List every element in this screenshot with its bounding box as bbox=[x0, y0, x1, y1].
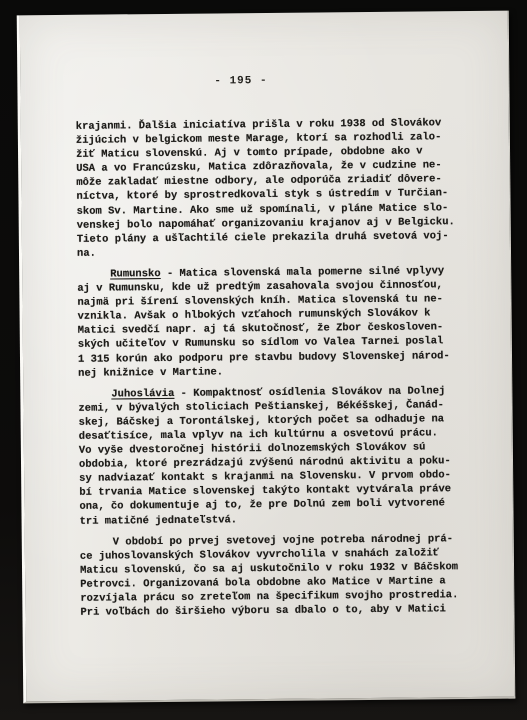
text-line: Pri voľbách do širšieho výboru sa dbalo … bbox=[80, 602, 482, 620]
paragraph: krajanmi. Ďalšia iniciatíva prišla v rok… bbox=[76, 116, 479, 261]
document-text: krajanmi. Ďalšia iniciatíva prišla v rok… bbox=[76, 116, 483, 620]
text-line: nej knižnice v Martine. bbox=[78, 363, 480, 381]
underlined-heading: Rumunsko bbox=[110, 268, 161, 280]
scanner-background: - 195 - krajanmi. Ďalšia iniciatíva priš… bbox=[0, 0, 527, 720]
page-number: - 195 - bbox=[214, 75, 267, 88]
paragraph: Rumunsko - Matica slovenská mala pomerne… bbox=[77, 264, 480, 381]
underlined-heading: Juhoslávia bbox=[111, 388, 174, 401]
paragraph: V období po prvej svetovej vojne potreba… bbox=[80, 532, 483, 620]
document-page: - 195 - krajanmi. Ďalšia iniciatíva priš… bbox=[17, 11, 516, 704]
paragraph: Juhoslávia - Kompaktnosť osídlenia Slová… bbox=[78, 384, 481, 529]
